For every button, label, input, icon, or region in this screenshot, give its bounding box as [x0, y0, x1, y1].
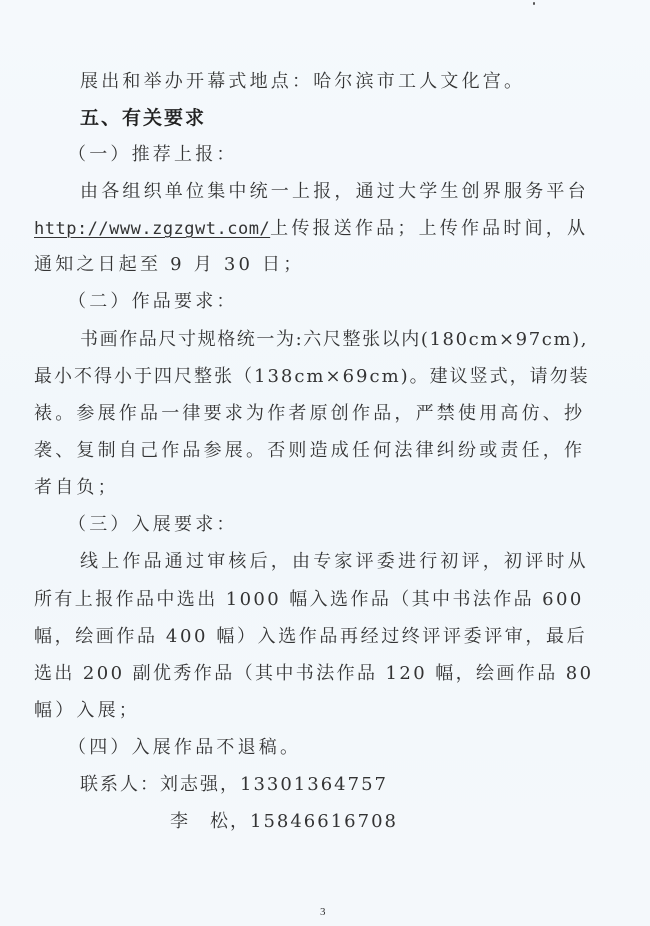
subsection-3-paragraph-line: 选出 200 副优秀作品（其中书法作品 120 幅，绘画作品 80 [34, 662, 593, 686]
subsection-1-paragraph-line: 通知之日起至 9 月 30 日； [34, 253, 304, 277]
subsection-2-paragraph-line: 裱。参展作品一律要求为作者原创作品，严禁使用高仿、抄 [34, 402, 585, 426]
subsection-2-paragraph-line: 袭、复制自己作品参展。否则造成任何法律纠纷或责任，作 [34, 439, 585, 463]
contact-line-1: 联系人：刘志强，13301364757 [80, 773, 388, 797]
contact-line-2: 李 松，15846616708 [170, 810, 398, 834]
subsection-2-title: （二）作品要求： [68, 290, 238, 314]
subsection-3-paragraph-line: 线上作品通过审核后，由专家评委进行初评，初评时从 [80, 550, 589, 574]
subsection-1-title: （一）推荐上报： [68, 143, 238, 167]
subsection-2-paragraph-line: 最小不得小于四尺整张（138cm×69cm)。建议竖式，请勿装 [34, 365, 590, 389]
subsection-3-title: （三）入展要求： [68, 513, 238, 537]
subsection-2-paragraph-line: 者自负； [34, 476, 119, 500]
subsection-1-paragraph-line: 由各组织单位集中统一上报，通过大学生创界服务平台 [80, 180, 589, 204]
subsection-1-link-line: http://www.zgzgwt.com/上传报送作品；上传作品时间，从 [34, 217, 588, 241]
subsection-2-paragraph-line: 书画作品尺寸规格统一为:六尺整张以内(180cm×97cm), [80, 328, 588, 352]
page-number: 3 [320, 906, 326, 918]
venue-line: 展出和举办开幕式地点：哈尔滨市工人文化宫。 [80, 70, 525, 94]
section-heading: 五、有关要求 [80, 106, 206, 130]
platform-link[interactable]: http://www.zgzgwt.com/ [34, 219, 270, 239]
subsection-3-paragraph-line: 幅）入展； [34, 699, 140, 723]
subsection-3-paragraph-line: 所有上报作品中选出 1000 幅入选作品（其中书法作品 600 [34, 588, 584, 612]
link-trailing-text: 上传报送作品；上传作品时间，从 [270, 218, 588, 239]
subsection-3-paragraph-line: 幅，绘画作品 400 幅）入选作品再经过终评评委评审，最后 [34, 625, 587, 649]
document-page: 展出和举办开幕式地点：哈尔滨市工人文化宫。 五、有关要求 （一）推荐上报： 由各… [0, 0, 650, 926]
scan-speck [533, 2, 535, 5]
subsection-4-title: （四）入展作品不退稿。 [68, 736, 301, 760]
